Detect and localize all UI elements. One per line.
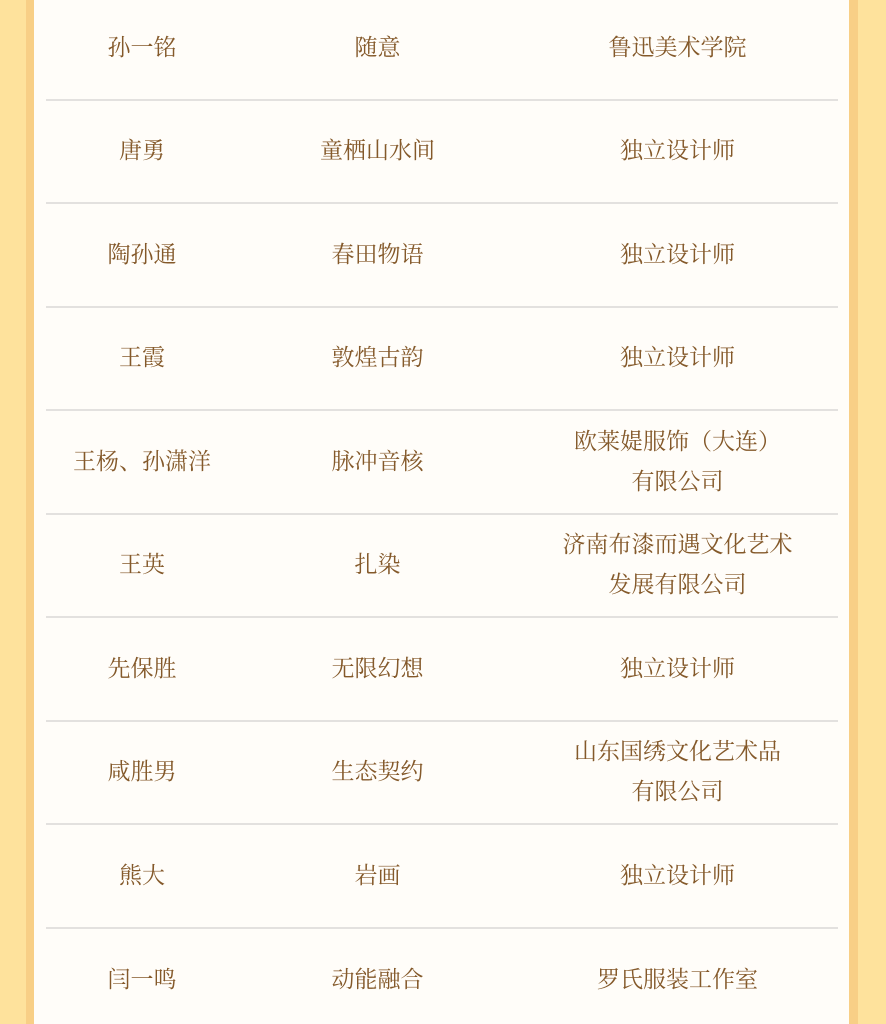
table-row: 王霞 敦煌古韵 独立设计师 [46, 308, 838, 412]
organization-cell: 独立设计师 [517, 856, 838, 896]
author-cell: 王霞 [46, 338, 238, 378]
organization-line: 独立设计师 [517, 338, 838, 378]
content-card: 孙一铭 随意 鲁迅美术学院 唐勇 童栖山水间 独立设计师 陶孙通 春田物语 独立… [34, 0, 849, 1024]
organization-line: 有限公司 [517, 772, 838, 812]
organization-cell: 独立设计师 [517, 338, 838, 378]
author-cell: 王杨、孙潇洋 [46, 442, 238, 482]
table-row: 闫一鸣 动能融合 罗氏服装工作室 [46, 929, 838, 1024]
work-cell: 动能融合 [238, 960, 517, 1000]
organization-line: 欧莱媞服饰（大连） [517, 422, 838, 462]
organization-line: 独立设计师 [517, 856, 838, 896]
organization-line: 独立设计师 [517, 649, 838, 689]
organization-cell: 独立设计师 [517, 235, 838, 275]
author-cell: 闫一鸣 [46, 960, 238, 1000]
table-row: 孙一铭 随意 鲁迅美术学院 [46, 0, 838, 101]
work-cell: 脉冲音核 [238, 442, 517, 482]
table-row: 唐勇 童栖山水间 独立设计师 [46, 101, 838, 205]
work-cell: 岩画 [238, 856, 517, 896]
organization-line: 罗氏服装工作室 [517, 960, 838, 1000]
author-cell: 先保胜 [46, 649, 238, 689]
organization-cell: 罗氏服装工作室 [517, 960, 838, 1000]
table-row: 熊大 岩画 独立设计师 [46, 825, 838, 929]
author-cell: 咸胜男 [46, 752, 238, 792]
organization-line: 鲁迅美术学院 [517, 28, 838, 68]
organization-cell: 济南布漆而遇文化艺术 发展有限公司 [517, 525, 838, 605]
table-row: 咸胜男 生态契约 山东国绣文化艺术品 有限公司 [46, 722, 838, 826]
author-cell: 唐勇 [46, 131, 238, 171]
organization-line: 济南布漆而遇文化艺术 [517, 525, 838, 565]
work-cell: 生态契约 [238, 752, 517, 792]
organization-line: 独立设计师 [517, 131, 838, 171]
organization-line: 有限公司 [517, 462, 838, 502]
table-row: 王英 扎染 济南布漆而遇文化艺术 发展有限公司 [46, 515, 838, 619]
organization-cell: 山东国绣文化艺术品 有限公司 [517, 732, 838, 812]
organization-cell: 独立设计师 [517, 131, 838, 171]
work-cell: 随意 [238, 28, 517, 68]
organization-cell: 欧莱媞服饰（大连） 有限公司 [517, 422, 838, 502]
organization-cell: 鲁迅美术学院 [517, 28, 838, 68]
organization-line: 发展有限公司 [517, 565, 838, 605]
work-cell: 无限幻想 [238, 649, 517, 689]
work-cell: 扎染 [238, 545, 517, 585]
work-cell: 春田物语 [238, 235, 517, 275]
table-row: 陶孙通 春田物语 独立设计师 [46, 204, 838, 308]
organization-cell: 独立设计师 [517, 649, 838, 689]
left-border-strip [26, 0, 34, 1024]
table-row: 先保胜 无限幻想 独立设计师 [46, 618, 838, 722]
work-cell: 童栖山水间 [238, 131, 517, 171]
author-cell: 王英 [46, 545, 238, 585]
organization-line: 独立设计师 [517, 235, 838, 275]
organization-line: 山东国绣文化艺术品 [517, 732, 838, 772]
right-border-strip [849, 0, 858, 1024]
work-cell: 敦煌古韵 [238, 338, 517, 378]
table-row: 王杨、孙潇洋 脉冲音核 欧莱媞服饰（大连） 有限公司 [46, 411, 838, 515]
author-cell: 孙一铭 [46, 28, 238, 68]
author-cell: 熊大 [46, 856, 238, 896]
winners-table: 孙一铭 随意 鲁迅美术学院 唐勇 童栖山水间 独立设计师 陶孙通 春田物语 独立… [46, 0, 838, 1024]
author-cell: 陶孙通 [46, 235, 238, 275]
